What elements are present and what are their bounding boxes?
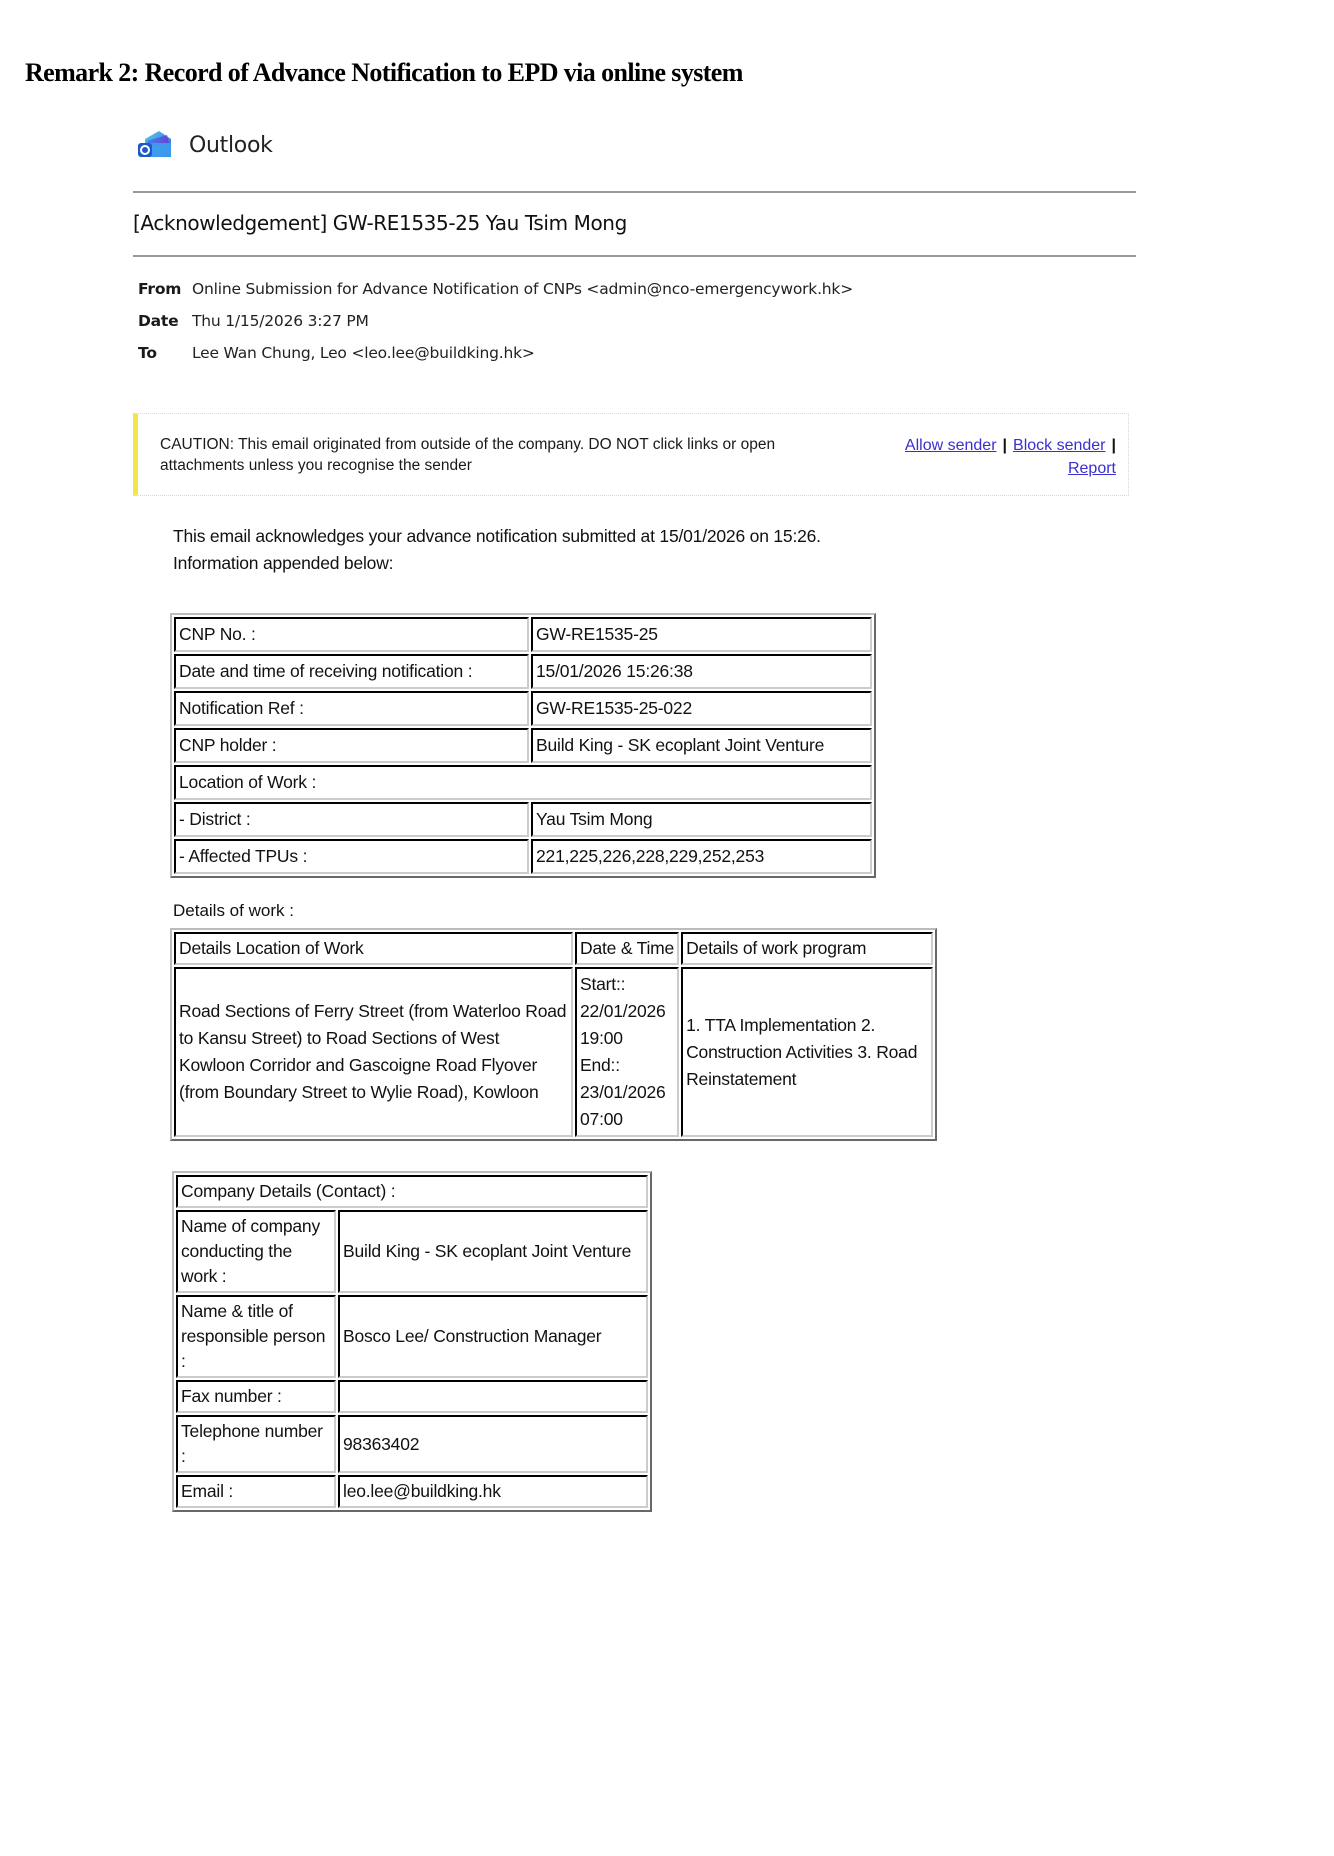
notification-ref-label: Notification Ref : [174, 691, 529, 726]
to-value: Lee Wan Chung, Leo <leo.lee@buildking.hk… [192, 344, 535, 362]
intro-line-2: Information appended below: [173, 550, 821, 577]
from-label: From [138, 280, 192, 298]
received-datetime-value: 15/01/2026 15:26:38 [531, 654, 872, 689]
received-datetime-label: Date and time of receiving notification … [174, 654, 529, 689]
table-header-row: Company Details (Contact) : [176, 1175, 648, 1208]
separator: | [1112, 437, 1116, 454]
table-row: - District : Yau Tsim Mong [174, 802, 872, 837]
fax-label: Fax number : [176, 1380, 336, 1413]
table-row: Road Sections of Ferry Street (from Wate… [174, 967, 933, 1137]
header-date-time: Date & Time [575, 932, 679, 965]
telephone-label: Telephone number : [176, 1415, 336, 1473]
document-title: Remark 2: Record of Advance Notification… [25, 58, 743, 88]
table-row: CNP holder : Build King - SK ecoplant Jo… [174, 728, 872, 763]
outlook-icon [137, 129, 173, 161]
caution-banner: CAUTION: This email originated from outs… [133, 413, 1129, 496]
responsible-person-label: Name & title of responsible person : [176, 1295, 336, 1378]
company-details-header: Company Details (Contact) : [176, 1175, 648, 1208]
district-label: - District : [174, 802, 529, 837]
email-headers: From Online Submission for Advance Notif… [138, 273, 853, 369]
telephone-value: 98363402 [338, 1415, 648, 1473]
divider [133, 255, 1136, 257]
separator: | [1003, 437, 1007, 454]
caution-text: CAUTION: This email originated from outs… [160, 434, 850, 476]
block-sender-link[interactable]: Block sender [1013, 437, 1106, 454]
work-details-table: Details Location of Work Date & Time Det… [170, 928, 937, 1141]
notification-ref-value: GW-RE1535-25-022 [531, 691, 872, 726]
work-location: Road Sections of Ferry Street (from Wate… [174, 967, 573, 1137]
email-body-intro: This email acknowledges your advance not… [173, 523, 821, 577]
from-value: Online Submission for Advance Notificati… [192, 280, 853, 298]
details-of-work-label: Details of work : [173, 901, 294, 921]
to-row: To Lee Wan Chung, Leo <leo.lee@buildking… [138, 337, 853, 369]
report-link[interactable]: Report [1068, 460, 1116, 477]
date-value: Thu 1/15/2026 3:27 PM [192, 312, 369, 330]
header-work-program: Details of work program [681, 932, 933, 965]
table-row: Date and time of receiving notification … [174, 654, 872, 689]
end-label: End:: [580, 1052, 674, 1079]
start-time: 19:00 [580, 1025, 674, 1052]
responsible-person-value: Bosco Lee/ Construction Manager [338, 1295, 648, 1378]
location-of-work-label: Location of Work : [174, 765, 872, 800]
fax-value [338, 1380, 648, 1413]
work-date-time: Start:: 22/01/2026 19:00 End:: 23/01/202… [575, 967, 679, 1137]
intro-line-1: This email acknowledges your advance not… [173, 523, 821, 550]
date-row: Date Thu 1/15/2026 3:27 PM [138, 305, 853, 337]
divider [133, 191, 1136, 193]
table-header-row: Details Location of Work Date & Time Det… [174, 932, 933, 965]
work-program: 1. TTA Implementation 2. Construction Ac… [681, 967, 933, 1137]
table-row: Email : leo.lee@buildking.hk [176, 1475, 648, 1508]
start-date: 22/01/2026 [580, 998, 674, 1025]
email-subject: [Acknowledgement] GW-RE1535-25 Yau Tsim … [133, 211, 627, 235]
allow-sender-link[interactable]: Allow sender [905, 437, 997, 454]
caution-actions: Allow sender|Block sender| Report [856, 434, 1116, 480]
cnp-no-label: CNP No. : [174, 617, 529, 652]
district-value: Yau Tsim Mong [531, 802, 872, 837]
affected-tpus-value: 221,225,226,228,229,252,253 [531, 839, 872, 874]
table-row: Name & title of responsible person : Bos… [176, 1295, 648, 1378]
cnp-no-value: GW-RE1535-25 [531, 617, 872, 652]
company-name-label: Name of company conducting the work : [176, 1210, 336, 1293]
email-value: leo.lee@buildking.hk [338, 1475, 648, 1508]
from-row: From Online Submission for Advance Notif… [138, 273, 853, 305]
table-row: Location of Work : [174, 765, 872, 800]
cnp-holder-value: Build King - SK ecoplant Joint Venture [531, 728, 872, 763]
table-row: Fax number : [176, 1380, 648, 1413]
affected-tpus-label: - Affected TPUs : [174, 839, 529, 874]
cnp-holder-label: CNP holder : [174, 728, 529, 763]
date-label: Date [138, 312, 192, 330]
header-location: Details Location of Work [174, 932, 573, 965]
table-row: Telephone number : 98363402 [176, 1415, 648, 1473]
app-name: Outlook [189, 133, 273, 158]
table-row: CNP No. : GW-RE1535-25 [174, 617, 872, 652]
notification-table: CNP No. : GW-RE1535-25 Date and time of … [170, 613, 876, 878]
end-date: 23/01/2026 [580, 1079, 674, 1106]
table-row: Notification Ref : GW-RE1535-25-022 [174, 691, 872, 726]
company-name-value: Build King - SK ecoplant Joint Venture [338, 1210, 648, 1293]
to-label: To [138, 344, 192, 362]
company-details-table: Company Details (Contact) : Name of comp… [172, 1171, 652, 1512]
app-brand: Outlook [137, 128, 273, 162]
email-label: Email : [176, 1475, 336, 1508]
table-row: - Affected TPUs : 221,225,226,228,229,25… [174, 839, 872, 874]
start-label: Start:: [580, 971, 674, 998]
table-row: Name of company conducting the work : Bu… [176, 1210, 648, 1293]
end-time: 07:00 [580, 1106, 674, 1133]
